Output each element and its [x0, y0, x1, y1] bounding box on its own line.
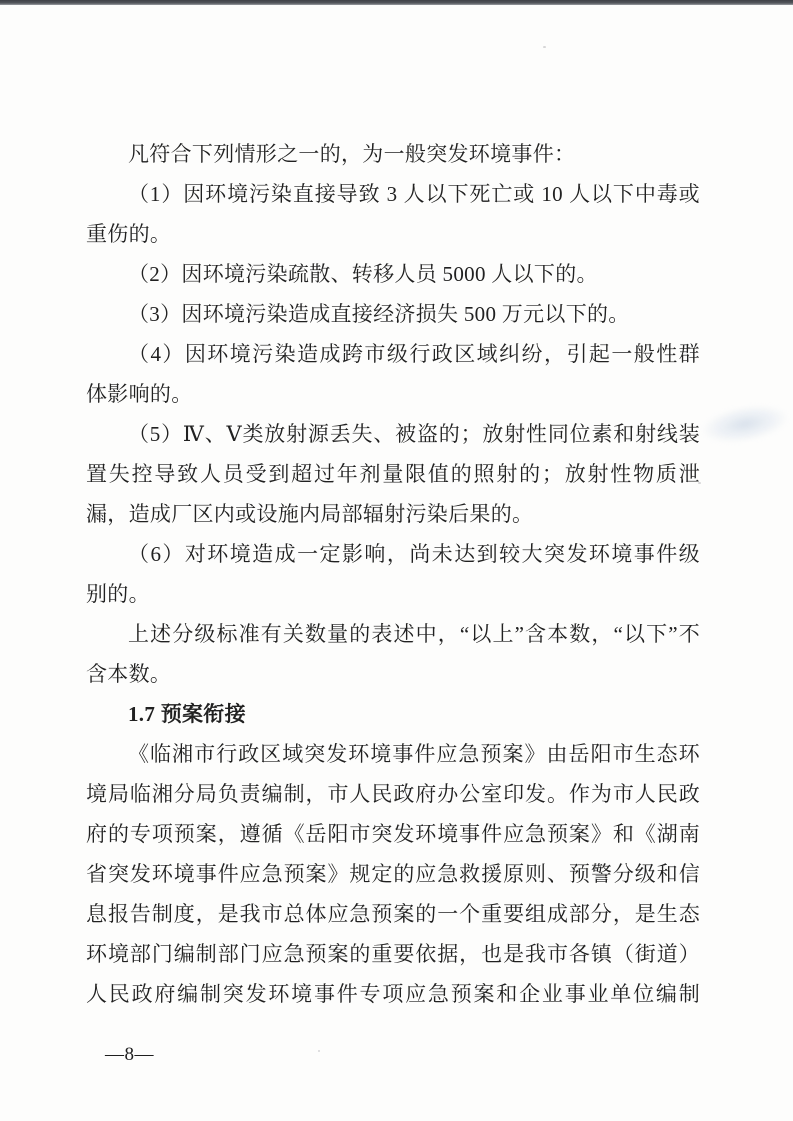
scan-smudge-artifact	[698, 398, 793, 449]
text-line: 《临湘市行政区域突发环境事件应急预案》由岳阳市生态环	[86, 734, 700, 774]
text-line: 含本数。	[86, 654, 700, 694]
text-line: （5）Ⅳ、Ⅴ类放射源丢失、被盗的；放射性同位素和射线装	[86, 414, 700, 454]
scan-speck	[318, 1050, 320, 1052]
text-line: 别的。	[86, 574, 700, 614]
text-line: （2）因环境污染疏散、转移人员 5000 人以下的。	[86, 254, 700, 294]
page-number: —8—	[105, 1044, 154, 1066]
text-line: 省突发环境事件应急预案》规定的应急救援原则、预警分级和信	[86, 854, 700, 894]
text-line: 重伤的。	[86, 214, 700, 254]
text-line: 体影响的。	[86, 374, 700, 414]
text-line: 环境部门编制部门应急预案的重要依据，也是我市各镇（街道）	[86, 934, 700, 974]
text-line: 上述分级标准有关数量的表述中，“以上”含本数，“以下”不	[86, 614, 700, 654]
document-page: 凡符合下列情形之一的，为一般突发环境事件：（1）因环境污染直接导致 3 人以下死…	[0, 0, 793, 1121]
text-line: 漏，造成厂区内或设施内局部辐射污染后果的。	[86, 494, 700, 534]
text-line: （1）因环境污染直接导致 3 人以下死亡或 10 人以下中毒或	[86, 174, 700, 214]
text-line: 凡符合下列情形之一的，为一般突发环境事件：	[86, 134, 700, 174]
text-line: 置失控导致人员受到超过年剂量限值的照射的；放射性物质泄	[86, 454, 700, 494]
text-line: 府的专项预案，遵循《岳阳市突发环境事件应急预案》和《湖南	[86, 814, 700, 854]
text-line: （4）因环境污染造成跨市级行政区域纠纷，引起一般性群	[86, 334, 700, 374]
scan-speck	[543, 46, 546, 48]
scan-edge-artifact	[0, 0, 793, 5]
section-heading: 1.7 预案衔接	[86, 694, 700, 734]
text-line: （3）因环境污染造成直接经济损失 500 万元以下的。	[86, 294, 700, 334]
text-line: （6）对环境造成一定影响，尚未达到较大突发环境事件级	[86, 534, 700, 574]
document-body: 凡符合下列情形之一的，为一般突发环境事件：（1）因环境污染直接导致 3 人以下死…	[86, 134, 700, 1014]
text-line: 境局临湘分局负责编制，市人民政府办公室印发。作为市人民政	[86, 774, 700, 814]
text-line: 人民政府编制突发环境事件专项应急预案和企业事业单位编制	[86, 974, 700, 1014]
text-line: 息报告制度，是我市总体应急预案的一个重要组成部分，是生态	[86, 894, 700, 934]
